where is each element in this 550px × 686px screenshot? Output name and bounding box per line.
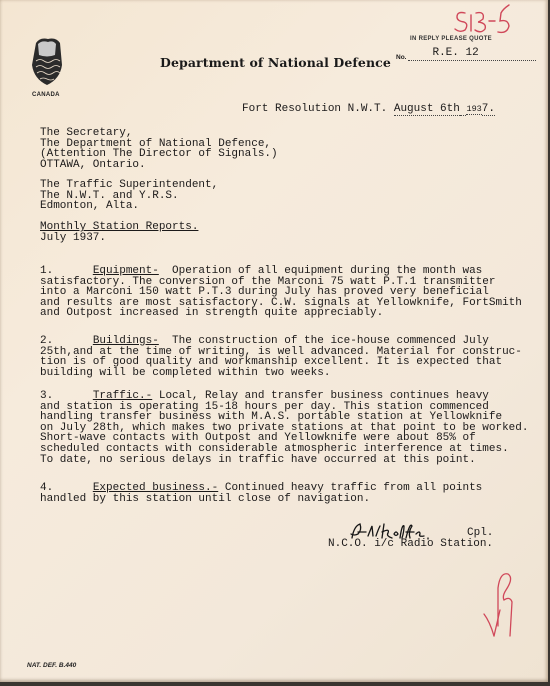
subject-block: Monthly Station Reports.July 1937. — [40, 222, 198, 243]
section-text: and Outpost increased in strength quite … — [40, 308, 522, 319]
section-text: scheduled contacts with considerable atm… — [40, 444, 528, 455]
recipient-line: The Secretary, — [40, 128, 278, 139]
letter-page: CANADA Department of National Defence IN… — [0, 0, 548, 682]
dateline-year-suffix: 7. — [482, 103, 495, 116]
crest-label: CANADA — [32, 92, 60, 98]
section-equipment: 1. Equipment- Operation of all equipment… — [40, 266, 522, 319]
reply-number-field: No. R.E. 12 — [396, 47, 536, 61]
recipient-primary: The Secretary,The Department of National… — [40, 128, 278, 170]
recipient-line: The Traffic Superintendent, — [40, 180, 218, 191]
reply-number-value: R.E. 12 — [408, 47, 536, 61]
dateline: Fort Resolution N.W.T. August 6th 1937. — [242, 103, 495, 115]
recipient-secondary: The Traffic Superintendent,The N.W.T. an… — [40, 180, 218, 212]
section-text: handled by this station until close of n… — [40, 494, 482, 505]
recipient-line: OTTAWA, Ontario. — [40, 160, 278, 171]
section-text: building will be completed within two we… — [40, 368, 522, 379]
section-expected-business: 4. Expected business.- Continued heavy t… — [40, 483, 482, 504]
file-mark-handwritten — [443, 3, 523, 37]
subject-period: July 1937. — [40, 233, 198, 244]
red-initial-mark: R — [480, 566, 520, 640]
dateline-place: Fort Resolution N.W.T. — [242, 103, 387, 115]
form-number: NAT. DEF. B.440 — [27, 662, 76, 669]
department-title: Department of National Defence — [160, 55, 391, 70]
section-traffic: 3. Traffic.- Local, Relay and transfer b… — [40, 391, 528, 465]
canada-crest-icon — [30, 35, 64, 89]
subject-title: Monthly Station Reports. — [40, 222, 198, 233]
signature-title: N.C.O. i/c Radio Station. — [328, 538, 493, 550]
recipient-line: Edmonton, Alta. — [40, 201, 218, 212]
section-text: To date, no serious delays in traffic ha… — [40, 455, 528, 466]
section-buildings: 2. Buildings- The construction of the ic… — [40, 336, 522, 378]
reply-quote-label: IN REPLY PLEASE QUOTE — [410, 36, 492, 42]
reply-number-label: No. — [396, 54, 406, 61]
dateline-year: 193 — [466, 104, 481, 115]
dateline-date: August 6th — [394, 103, 460, 116]
